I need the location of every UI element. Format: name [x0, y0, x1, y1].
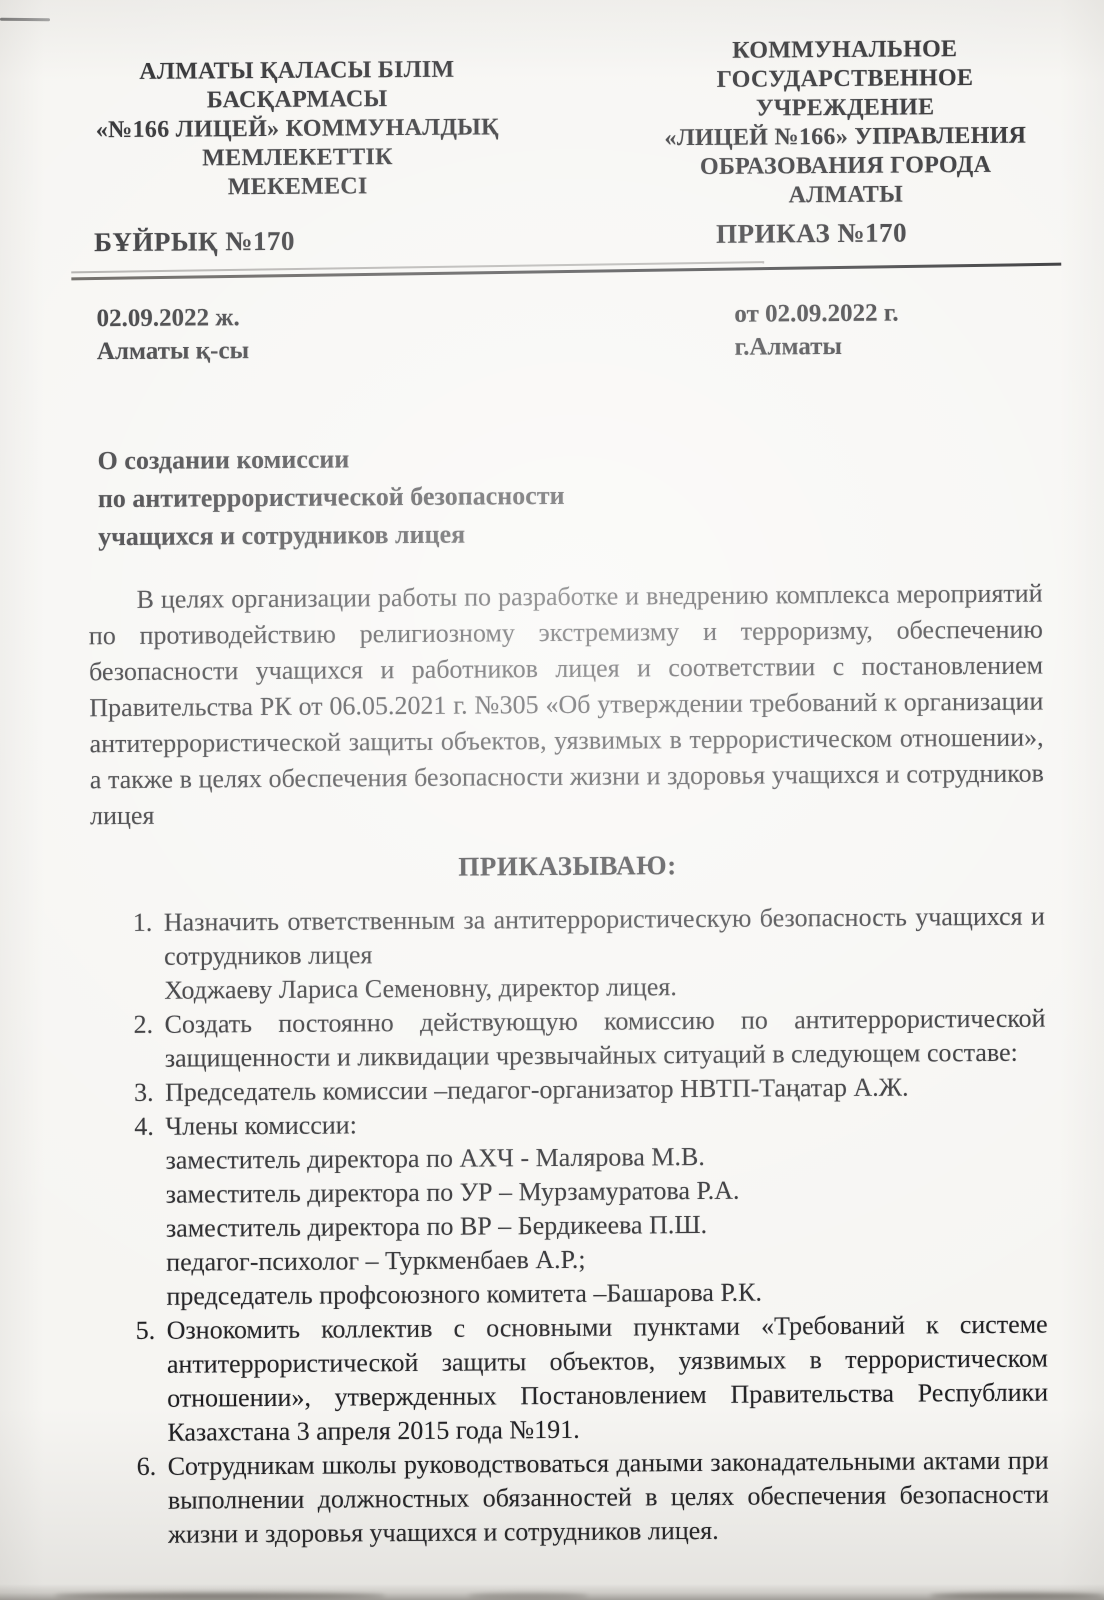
order-item-6: 6. Сотрудникам школы руководствоваться д…: [95, 1444, 1050, 1553]
order-item-number: 3.: [134, 1076, 154, 1110]
date-kk: 02.09.2022 ж.: [97, 301, 249, 335]
org-name-kk-line: АЛМАТЫ ҚАЛАСЫ БІЛІМ: [73, 55, 521, 87]
order-items-list: 1. Назначить ответственным за антитеррор…: [1, 899, 1104, 1553]
order-item-line: Ознокомить коллектив с основными пунктам…: [167, 1308, 1049, 1450]
scan-artifact-smudge: [468, 1593, 588, 1599]
org-name-kazakh: АЛМАТЫ ҚАЛАСЫ БІЛІМ БАСҚАРМАСЫ «№166 ЛИЦ…: [73, 55, 522, 215]
org-name-russian: КОММУНАЛЬНОЕ ГОСУДАРСТВЕННОЕ УЧРЕЖДЕНИЕ …: [617, 34, 1074, 211]
subject-line: учащихся и сотрудников лицея: [98, 511, 1102, 556]
place-kk: Алматы қ-сы: [97, 334, 249, 368]
org-name-kk-line: БАСҚАРМАСЫ: [73, 84, 521, 116]
org-name-ru-line: ОБРАЗОВАНИЯ ГОРОДА: [617, 150, 1073, 182]
letterhead: АЛМАТЫ ҚАЛАСЫ БІЛІМ БАСҚАРМАСЫ «№166 ЛИЦ…: [0, 0, 1100, 216]
scan-artifact-smudge: [55, 1593, 385, 1599]
document-content: АЛМАТЫ ҚАЛАСЫ БІЛІМ БАСҚАРМАСЫ «№166 ЛИЦ…: [0, 0, 1104, 1600]
order-item-5: 5. Ознокомить коллектив с основными пунк…: [94, 1308, 1049, 1451]
order-label-kazakh: БҰЙРЫҚ №170: [94, 226, 295, 258]
order-item-number: 4.: [134, 1110, 154, 1144]
org-name-ru-line: УЧРЕЖДЕНИЕ: [617, 92, 1073, 124]
order-item-number: 2.: [133, 1008, 153, 1042]
order-item-line: Создать постоянно действующую комиссию п…: [164, 1002, 1045, 1076]
order-item-2: 2. Создать постоянно действующую комисси…: [91, 1002, 1045, 1077]
order-item-4: 4. Члены комиссии: заместитель директора…: [92, 1104, 1047, 1315]
preamble-paragraph: В целях организации работы по разработке…: [88, 576, 1044, 835]
date-ru: от 02.09.2022 г.: [734, 297, 898, 331]
order-item-number: 5.: [136, 1314, 156, 1348]
dateline: 02.09.2022 ж. Алматы қ-сы от 02.09.2022 …: [0, 295, 1101, 369]
org-name-kk-line: МЕМЛЕКЕТТІК: [73, 142, 521, 174]
org-name-ru-line: КОММУНАЛЬНОЕ: [617, 34, 1073, 66]
scan-artifact-smudge: [930, 1593, 1104, 1599]
place-ru: г.Алматы: [734, 330, 898, 364]
order-item-number: 6.: [137, 1450, 157, 1484]
order-subject: О создании комиссии по антитеррористичес…: [97, 435, 1102, 556]
org-name-ru-line: «ЛИЦЕЙ №166» УПРАВЛЕНИЯ: [617, 121, 1073, 153]
org-name-ru-line: АЛМАТЫ: [618, 179, 1074, 211]
org-name-ru-line: ГОСУДАРСТВЕННОЕ: [617, 63, 1073, 95]
order-item-number: 1.: [133, 906, 153, 940]
order-label-russian: ПРИКАЗ №170: [716, 218, 907, 250]
order-item-line: Назначить ответственным за антитеррорист…: [164, 900, 1045, 974]
scanned-order-document: АЛМАТЫ ҚАЛАСЫ БІЛІМ БАСҚАРМАСЫ «№166 ЛИЦ…: [0, 0, 1104, 1600]
org-name-kk-line: МЕКЕМЕСІ: [74, 171, 522, 203]
order-item-line: Сотрудникам школы руководствоваться даны…: [168, 1444, 1050, 1552]
dateline-russian: от 02.09.2022 г. г.Алматы: [734, 297, 899, 364]
dateline-kazakh: 02.09.2022 ж. Алматы қ-сы: [97, 301, 250, 368]
org-name-kk-line: «№166 ЛИЦЕЙ» КОММУНАЛДЫҚ: [73, 113, 521, 145]
directive-heading: ПРИКАЗЫВАЮ:: [0, 843, 1104, 889]
order-item-1: 1. Назначить ответственным за антитеррор…: [91, 900, 1046, 1009]
